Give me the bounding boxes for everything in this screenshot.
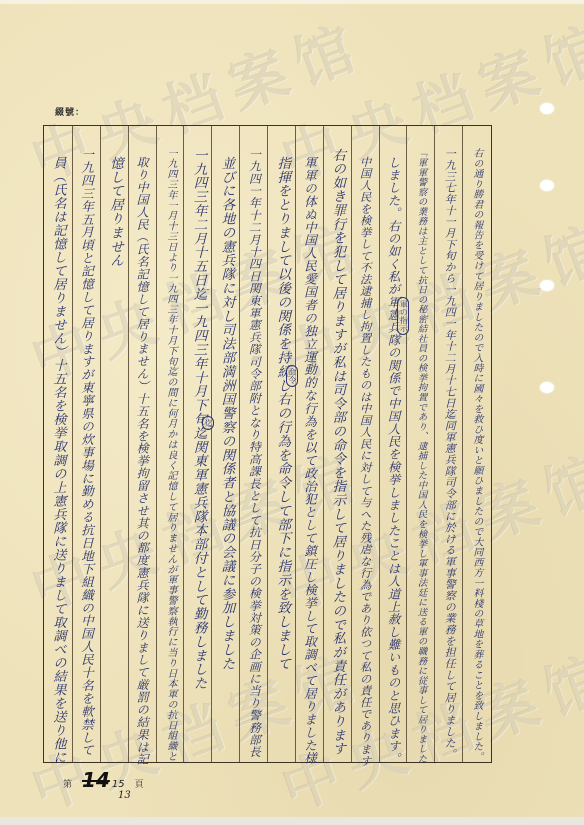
page-number-struck: 14 [82, 768, 110, 792]
text-column: 一九四一年十二月十四日関東軍憲兵隊司令部附となり特高課長として抗日分子の検挙対策… [239, 126, 267, 762]
handwritten-line: 一九三七年十一月下旬から一九四一年十二月十七日迄同軍憲兵隊司令部に於ける軍事警察… [443, 148, 454, 760]
margin-annotation: 命令 [286, 365, 298, 387]
text-column: 員（氏名は記憶して居りません）十五名を検挙取調の上憲兵隊に送りまして取調べの結果… [44, 126, 72, 762]
file-number-label: 綴號： [55, 105, 85, 118]
handwritten-line: 指揮をとりまして以後の関係を持続し右の行為を命令して部下に指示を致しまして [275, 156, 289, 670]
page-suffix: 頁 [135, 777, 144, 790]
page-number-corrected: 15 [112, 779, 125, 790]
binding-hole [540, 382, 554, 393]
handwritten-line: 並びに各地の憲兵隊に対し司法部満洲国警察の関係者と協議の会議に参加しました [219, 156, 233, 670]
document-page: 中央档案馆 中央档案馆 中央档案馆 中央档案馆 中央档案馆 中央档案馆 中央档案… [0, 0, 584, 825]
page-sub-number: 13 [118, 790, 131, 801]
text-column: 一九四三年五月頃と記憶して居りますが東寧県の炊事場に勤める抗日地下組織の中国人民… [72, 126, 100, 762]
binding-hole [540, 280, 554, 291]
text-column: 並びに各地の憲兵隊に対し司法部満洲国警察の関係者と協議の会議に参加しました [211, 126, 239, 762]
handwritten-line: 右の通り勝君の報告を受けて居りましたので入時に國々を救ひ度いと願ひましたので大同… [472, 148, 482, 762]
text-column: 取り中国人民（氏名記憶して居りません）十五名を検挙拘留させ其の都度憲兵隊に送りま… [128, 126, 156, 762]
page-bottom-edge [0, 817, 584, 825]
margin-annotation: 軍の指示 [397, 297, 409, 335]
text-column: 憶して居りません [100, 126, 128, 762]
binding-hole [540, 180, 554, 191]
margin-annotation: 迄 [202, 416, 214, 430]
binding-hole [540, 103, 554, 114]
handwritten-line: 軍軍の体ぬ中国人民愛国者の独立運動的な行為を以て政治犯として鎮圧し検挙して取調べ… [303, 156, 316, 765]
handwritten-line: 中国人民を検挙して不法逮捕し拘置したものは中国人民に対して与へた残虐な行為であり… [359, 156, 370, 767]
text-column: 軍軍の体ぬ中国人民愛国者の独立運動的な行為を以て政治犯として鎮圧し検挙して取調べ… [295, 126, 323, 762]
page-prefix: 第 [63, 777, 72, 790]
text-column: しました。右の如く私が軍憲兵隊の関係で中国人民を検挙しましたことは人道上赦し難い… [379, 126, 407, 762]
text-column: 右の如き罪行を犯して居りますが私は司令部の命令を指示して居りましたので私が責任が… [323, 126, 351, 762]
handwritten-line: 取り中国人民（氏名記憶して居りません）十五名を検挙拘留させ其の都度憲兵隊に送りま… [136, 156, 148, 766]
handwritten-line: しました。右の如く私が軍憲兵隊の関係で中国人民を検挙しましたことは人道上赦し難い… [387, 156, 399, 765]
handwritten-line: 員（氏名は記憶して居りません）十五名を検挙取調の上憲兵隊に送りまして取調べの結果… [51, 156, 64, 764]
text-column: 右の通り勝君の報告を受けて居りましたので入時に國々を救ひ度いと願ひましたので大同… [462, 126, 490, 762]
handwritten-line: 右の如き罪行を犯して居りますが私は司令部の命令を指示して居りましたので私が責任が… [330, 148, 343, 756]
handwritten-line: 一九四三年一月十三日より一九四三年十月下旬迄の間に何月かは良く記憶して居りません… [165, 148, 175, 762]
handwritten-line: 一九四三年五月頃と記憶して居りますが東寧県の炊事場に勤める抗日地下組織の中国人民… [80, 148, 93, 757]
handwritten-line: 一九四一年十二月十四日関東軍憲兵隊司令部附となり特高課長として抗日分子の検挙対策… [248, 148, 260, 758]
text-column: 一九四三年二月十五日迄一九四三年十月下旬迄関東軍憲兵隊本部付として勤務しました迄 [183, 126, 211, 762]
text-column: 一九三七年十一月下旬から一九四一年十二月十七日迄同軍憲兵隊司令部に於ける軍事警察… [434, 126, 462, 762]
text-column: 一九四三年一月十三日より一九四三年十月下旬迄の間に何月かは良く記憶して居りません… [156, 126, 184, 762]
text-column: 指揮をとりまして以後の関係を持続し右の行為を命令して部下に指示を致しまして命令 [267, 126, 295, 762]
handwritten-line: 憶して居りません [107, 156, 121, 267]
page-top-edge [0, 0, 584, 4]
handwritten-line: 「軍軍警察の業務は主として抗日の秘密結社員の検挙拘置であり、逮捕した中国人民を検… [416, 148, 425, 764]
page-number: 第 14 15 頁 [63, 768, 144, 792]
text-column: 中国人民を検挙して不法逮捕し拘置したものは中国人民に対して与へた残虐な行為であり… [351, 126, 379, 762]
text-column: 「軍軍警察の業務は主として抗日の秘密結社員の検挙拘置であり、逮捕した中国人民を検… [406, 126, 434, 762]
ruled-text-grid: 右の通り勝君の報告を受けて居りましたので入時に國々を救ひ度いと願ひましたので大同… [43, 125, 492, 763]
